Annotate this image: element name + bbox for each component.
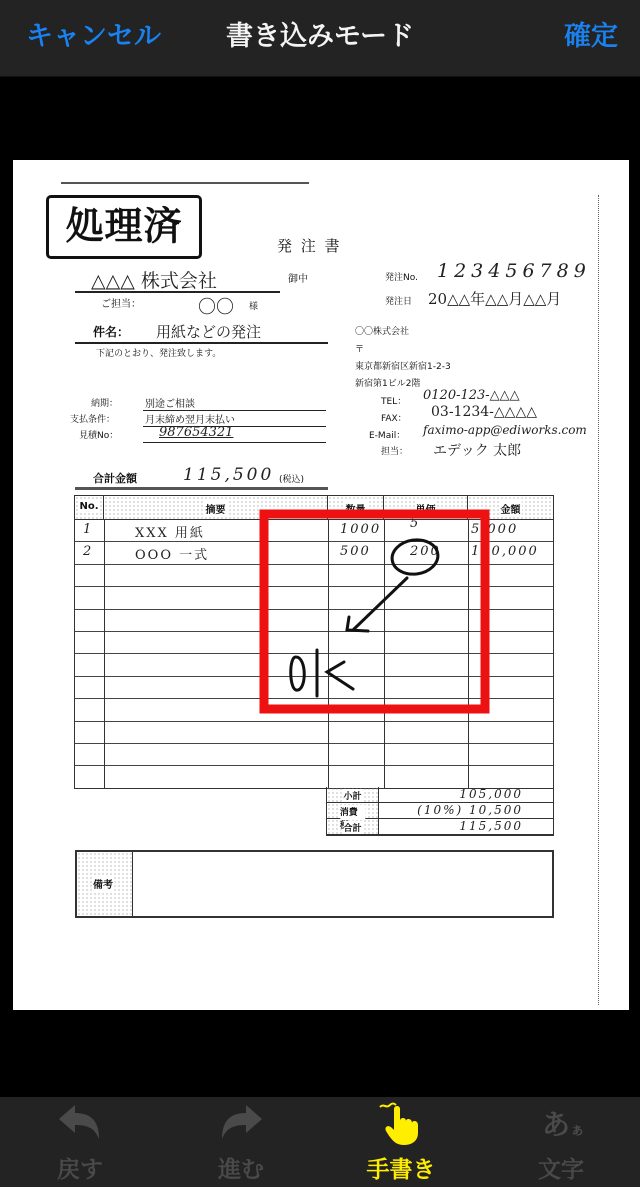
undo-button[interactable]: 戻す: [15, 1097, 145, 1187]
staff-value: エデック 太郎: [433, 440, 521, 460]
text-button[interactable]: あぁ 文字: [496, 1097, 626, 1187]
remarks-label: 備考: [93, 876, 113, 891]
summary-value: 115,500: [459, 819, 523, 833]
term-payment-value: 月末締め翌月末払い: [145, 411, 235, 426]
table-row-divider: [75, 631, 553, 632]
table-cell-no: 2: [83, 544, 91, 559]
summary-label-cell: 消費税: [327, 803, 379, 819]
table-header-label: 数量: [345, 501, 367, 516]
total-value: 115,500: [183, 465, 274, 485]
contact-label: ご担当：: [101, 295, 141, 310]
order-date-label: 発注日: [385, 294, 412, 307]
table-column-divider: [104, 519, 105, 788]
redo-label: 進む: [176, 1151, 306, 1184]
term-delivery-value: 別途ご相談: [145, 395, 195, 410]
remarks-field[interactable]: [134, 852, 552, 916]
table-cell-desc: OOO 一式: [135, 544, 209, 563]
handwriting-button[interactable]: 手書き: [336, 1097, 466, 1187]
handwriting-label: 手書き: [336, 1151, 466, 1184]
issuer-address1: 東京都新宿区新宿1-2-3: [355, 359, 451, 372]
total-label: 合計金額: [93, 470, 137, 486]
remarks-label-cell: 備考: [77, 852, 133, 916]
subject-label: 件名：: [93, 323, 129, 340]
table-header-cell: 金額: [468, 496, 553, 519]
top-nav-bar: キャンセル 書き込みモード 確定: [0, 0, 640, 77]
summary-row-divider: [379, 834, 553, 835]
issuer-company: 〇〇株式会社: [355, 324, 409, 337]
table-row-divider: [75, 586, 553, 587]
text-hiragana-icon: あぁ: [542, 1103, 585, 1143]
table-header-label: No.: [78, 501, 99, 512]
order-no-value: 123456789: [437, 260, 591, 282]
table-header-cell: 摘要: [104, 496, 328, 519]
table-header-cell: 単価: [384, 496, 468, 519]
term-payment-label: 支払条件：: [70, 412, 115, 425]
cancel-button[interactable]: キャンセル: [26, 14, 161, 53]
email-value: faximo-app@ediworks.com: [423, 423, 587, 437]
table-row-divider: [75, 721, 553, 722]
summary-label-cell: 合計: [327, 819, 379, 835]
table-header-label: 摘要: [205, 501, 227, 516]
redo-button[interactable]: 進む: [176, 1097, 306, 1187]
term-delivery-label: 納期：: [91, 396, 118, 409]
table-header-cell: 数量: [328, 496, 384, 519]
scan-edge: [598, 195, 599, 1005]
fax-value: 03-1234-△△△△: [431, 404, 537, 420]
table-cell-amount: 5,000: [471, 522, 518, 537]
table-header-label: 金額: [500, 501, 522, 516]
subject-underline: [75, 342, 328, 344]
undo-label: 戻す: [15, 1151, 145, 1184]
table-row-divider: [75, 609, 553, 610]
recipient-company: △△△ 株式会社: [91, 266, 217, 293]
text-label: 文字: [496, 1151, 626, 1184]
tel-value: 0120-123-△△△: [423, 388, 520, 403]
order-date-value: 20△△年△△月△△月: [428, 288, 561, 309]
table-cell-amount: 100,000: [471, 544, 539, 559]
redo-arrow-icon: [216, 1103, 266, 1143]
summary-label: 小計: [343, 789, 361, 802]
table-row-divider: [75, 698, 553, 699]
table-header-divider: [75, 519, 553, 520]
processed-stamp: 処理済: [46, 195, 202, 259]
contact-name: 〇〇: [198, 293, 234, 319]
undo-arrow-icon: [55, 1103, 105, 1143]
summary-label-cell: 小計: [327, 787, 379, 803]
contact-suffix: 様: [249, 299, 258, 312]
table-header-label: 単価: [415, 501, 437, 516]
subject-value: 用紙などの発注: [156, 321, 261, 342]
bottom-toolbar: 戻す 進む 手書き あぁ 文字: [0, 1097, 640, 1187]
summary-value: (10%) 10,500: [417, 803, 523, 817]
table-row-divider: [75, 676, 553, 677]
table-cell-no: 1: [83, 522, 91, 537]
table-row-divider: [75, 541, 553, 542]
fax-label: FAX：: [381, 411, 407, 424]
remarks-box: 備考: [75, 850, 554, 918]
table-row-divider: [75, 564, 553, 565]
recipient-honorific: 御中: [288, 270, 308, 285]
intro-text: 下記のとおり、発注致します。: [96, 346, 221, 359]
email-label: E-Mail：: [369, 428, 405, 441]
recipient-underline: [75, 291, 280, 293]
order-no-label: 発注No.: [385, 270, 418, 283]
table-cell-price: 200: [410, 544, 441, 559]
table-column-divider: [468, 519, 469, 788]
staff-label: 担当：: [381, 444, 408, 457]
table-cell-qty: 1000: [340, 522, 381, 537]
document-title: 発 注 書: [277, 235, 342, 256]
issuer-address2: 新宿第1ビル2階: [355, 376, 420, 389]
table-row-divider: [75, 743, 553, 744]
summary-label: 合計: [343, 821, 361, 834]
table-cell-qty: 500: [340, 544, 371, 559]
table-cell-price: 5: [410, 516, 420, 531]
summary-table: 小計105,000消費税(10%) 10,500合計115,500: [326, 787, 554, 836]
total-underline: [75, 487, 328, 490]
table-row-divider: [75, 653, 553, 654]
confirm-button[interactable]: 確定: [564, 14, 618, 53]
tel-label: TEL：: [381, 394, 406, 407]
table-row-divider: [75, 765, 553, 766]
term-underline: [143, 442, 326, 443]
term-quote-value: 987654321: [159, 425, 233, 440]
table-column-divider: [328, 519, 329, 788]
document-canvas[interactable]: 処理済 発 注 書 △△△ 株式会社 御中 ご担当： 〇〇 様 件名： 用紙など…: [13, 160, 629, 1010]
total-note: (税込): [279, 472, 304, 485]
items-table: No.摘要数量単価金額1XXX 用紙100055,0002OOO 一式50020…: [74, 495, 554, 789]
term-quote-label: 見積No：: [79, 428, 118, 441]
table-cell-desc: XXX 用紙: [135, 522, 205, 541]
hand-pointer-icon: [376, 1099, 426, 1147]
table-header-cell: No.: [75, 496, 104, 519]
issuer-postal: 〒: [355, 342, 364, 355]
summary-value: 105,000: [459, 787, 523, 801]
table-column-divider: [384, 519, 385, 788]
scan-line: [61, 182, 309, 184]
